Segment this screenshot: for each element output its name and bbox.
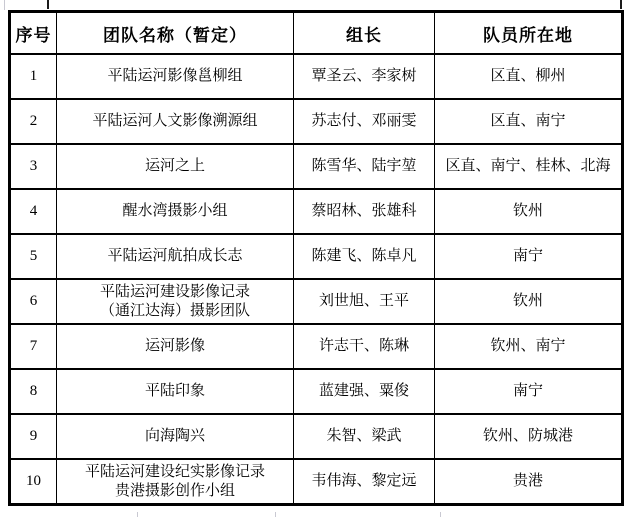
cell-team-name: 平陆运河航拍成长志 (57, 234, 294, 279)
cell-leader: 许志干、陈琳 (294, 324, 435, 369)
table-row: 6 平陆运河建设影像记录 （通江达海）摄影团队 刘世旭、王平 钦州 (10, 279, 623, 324)
cell-leader: 苏志付、邓丽雯 (294, 99, 435, 144)
col-header-team-name: 团队名称（暂定） (57, 12, 294, 55)
cell-index: 3 (10, 144, 57, 189)
cell-index: 1 (10, 54, 57, 99)
col-header-index: 序号 (10, 12, 57, 55)
cell-location: 南宁 (435, 369, 623, 414)
grid-stub (137, 512, 138, 517)
table-row: 3 运河之上 陈雪华、陆宇堃 区直、南宁、桂林、北海 (10, 144, 623, 189)
cell-leader: 陈建飞、陈卓凡 (294, 234, 435, 279)
table-row: 4 醒水湾摄影小组 蔡昭林、张雄科 钦州 (10, 189, 623, 234)
header-row: 序号 团队名称（暂定） 组长 队员所在地 (10, 12, 623, 55)
cell-team-name: 运河影像 (57, 324, 294, 369)
cell-team-name: 平陆运河影像邕柳组 (57, 54, 294, 99)
table-row: 2 平陆运河人文影像溯源组 苏志付、邓丽雯 区直、南宁 (10, 99, 623, 144)
cell-location: 贵港 (435, 459, 623, 505)
grid-stub (620, 0, 622, 9)
cell-team-name: 醒水湾摄影小组 (57, 189, 294, 234)
cell-leader: 朱智、梁武 (294, 414, 435, 459)
cell-location: 钦州 (435, 279, 623, 324)
cell-index: 6 (10, 279, 57, 324)
cell-index: 9 (10, 414, 57, 459)
cell-leader: 刘世旭、王平 (294, 279, 435, 324)
cell-team-name: 运河之上 (57, 144, 294, 189)
cell-location: 区直、南宁、桂林、北海 (435, 144, 623, 189)
cell-index: 7 (10, 324, 57, 369)
cell-location: 区直、南宁 (435, 99, 623, 144)
cell-team-name: 平陆运河建设纪实影像记录 贵港摄影创作小组 (57, 459, 294, 505)
cell-index: 2 (10, 99, 57, 144)
teams-table: 序号 团队名称（暂定） 组长 队员所在地 1 平陆运河影像邕柳组 覃圣云、李家树… (8, 10, 624, 506)
table-row: 5 平陆运河航拍成长志 陈建飞、陈卓凡 南宁 (10, 234, 623, 279)
table-row: 10 平陆运河建设纪实影像记录 贵港摄影创作小组 韦伟海、黎定远 贵港 (10, 459, 623, 505)
cell-leader: 蓝建强、粟俊 (294, 369, 435, 414)
grid-stub (47, 0, 49, 9)
table-row: 1 平陆运河影像邕柳组 覃圣云、李家树 区直、柳州 (10, 54, 623, 99)
cell-team-name: 向海陶兴 (57, 414, 294, 459)
table-row: 9 向海陶兴 朱智、梁武 钦州、防城港 (10, 414, 623, 459)
cell-index: 10 (10, 459, 57, 505)
cell-location: 钦州、防城港 (435, 414, 623, 459)
col-header-location: 队员所在地 (435, 12, 623, 55)
cell-location: 钦州、南宁 (435, 324, 623, 369)
table-row: 8 平陆印象 蓝建强、粟俊 南宁 (10, 369, 623, 414)
cell-leader: 蔡昭林、张雄科 (294, 189, 435, 234)
grid-stub (4, 0, 5, 10)
cell-index: 4 (10, 189, 57, 234)
cell-team-name: 平陆印象 (57, 369, 294, 414)
grid-stub (440, 512, 441, 517)
cell-location: 南宁 (435, 234, 623, 279)
cell-leader: 覃圣云、李家树 (294, 54, 435, 99)
cell-leader: 陈雪华、陆宇堃 (294, 144, 435, 189)
cell-index: 5 (10, 234, 57, 279)
table-row: 7 运河影像 许志干、陈琳 钦州、南宁 (10, 324, 623, 369)
cell-team-name: 平陆运河人文影像溯源组 (57, 99, 294, 144)
col-header-leader: 组长 (294, 12, 435, 55)
cell-location: 钦州 (435, 189, 623, 234)
cell-team-name: 平陆运河建设影像记录 （通江达海）摄影团队 (57, 279, 294, 324)
cell-leader: 韦伟海、黎定远 (294, 459, 435, 505)
document-page: 序号 团队名称（暂定） 组长 队员所在地 1 平陆运河影像邕柳组 覃圣云、李家树… (0, 0, 629, 517)
grid-stub (275, 512, 276, 517)
cell-index: 8 (10, 369, 57, 414)
cell-location: 区直、柳州 (435, 54, 623, 99)
